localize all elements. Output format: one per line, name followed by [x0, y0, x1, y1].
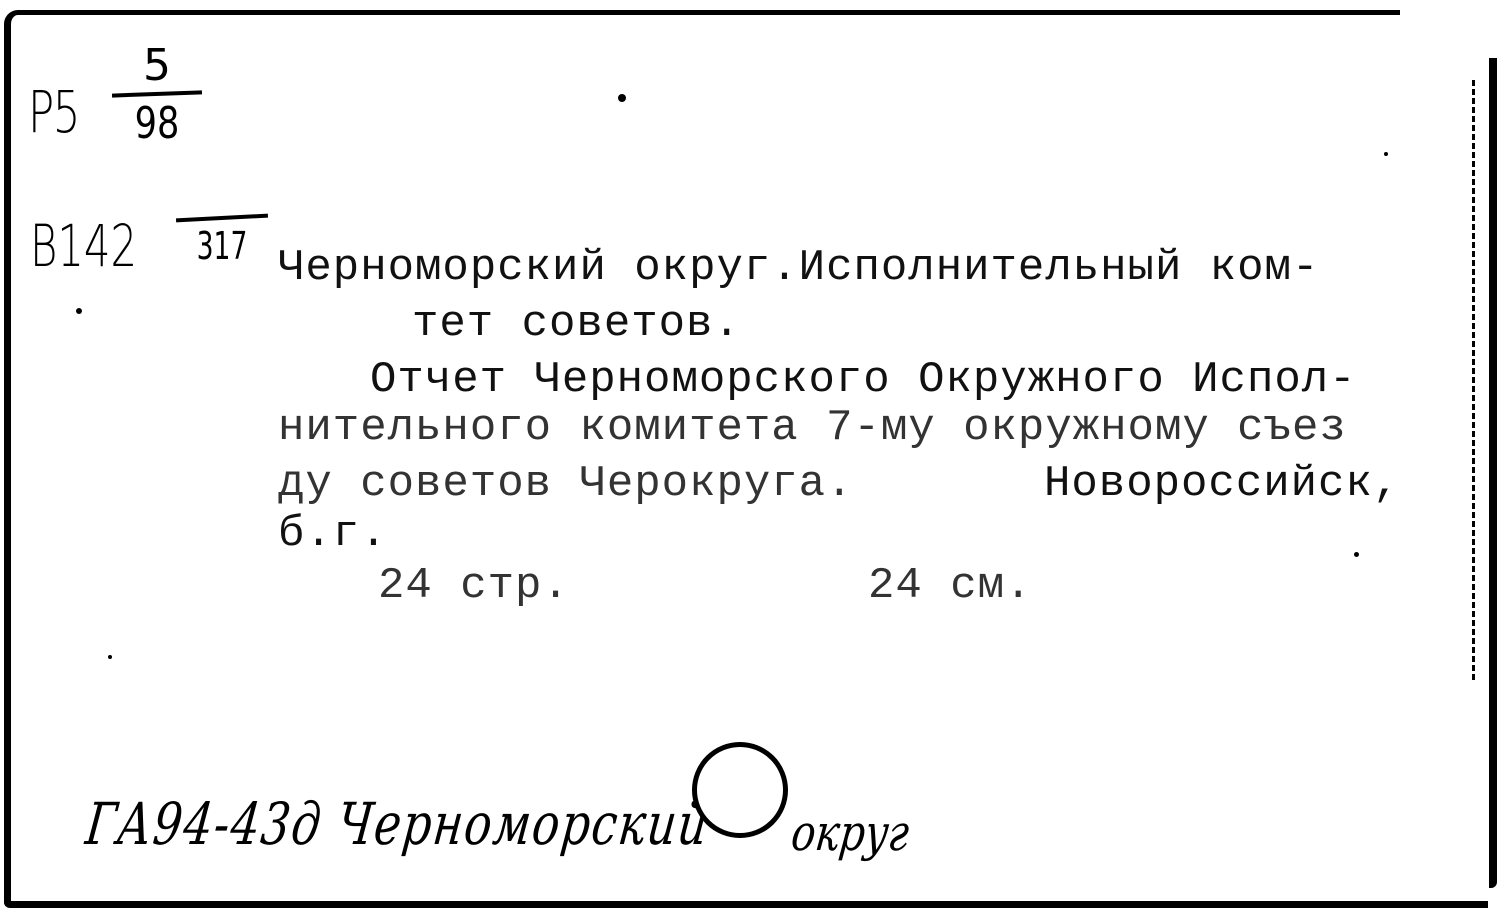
subject-word: Черноморский: [334, 790, 712, 858]
typed-line-description-cont: нительного комитета 7-му окружному съез: [278, 400, 1347, 456]
typed-line-size: 24 см.: [868, 558, 1032, 614]
handwritten-archive-note: ГА94-43д Черноморский: [83, 790, 713, 858]
speck: [618, 94, 626, 102]
typed-line-date: б.г.: [278, 506, 388, 562]
shelf-mark-prefix: Р5: [28, 78, 79, 146]
speck: [108, 655, 112, 659]
card-right-border: [1489, 58, 1497, 888]
typed-line-description-end: ду советов Черокруга.: [278, 456, 854, 512]
typed-line-title: Черноморский округ.Исполнительный ком-: [278, 240, 1319, 296]
archive-code: ГА94-43д: [83, 790, 326, 858]
typed-line-pages: 24 стр.: [378, 558, 570, 614]
punch-hole-icon: [692, 742, 788, 838]
handwritten-subject-end: округ: [788, 804, 912, 862]
card-margin-rule: [1472, 80, 1475, 680]
fraction-bar: [112, 90, 202, 97]
shelf-mark-numerator: 5: [112, 42, 202, 90]
speck: [1354, 552, 1359, 557]
shelf-mark-denominator: 98: [121, 100, 193, 148]
inventory-mark-prefix: В142: [30, 212, 137, 280]
shelf-mark-fraction: 5 98: [112, 42, 202, 148]
speck: [76, 308, 82, 314]
typed-line-title-cont: тет советов.: [412, 296, 741, 352]
card-top-right-gap: [1400, 0, 1497, 16]
speck: [1384, 152, 1388, 156]
inventory-mark-fraction: 317: [176, 216, 268, 268]
inventory-mark-denominator: 317: [190, 224, 254, 268]
typed-line-place: Новороссийск,: [1044, 456, 1400, 512]
